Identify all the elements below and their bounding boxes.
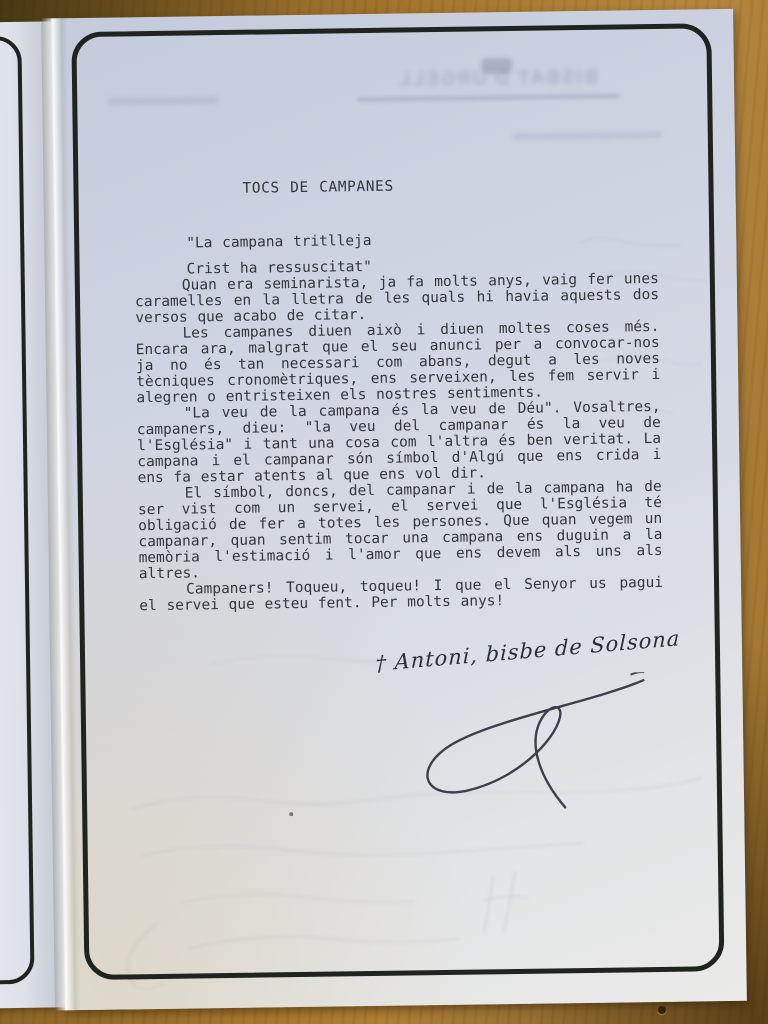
paragraph: "La veu de la campana és la veu de Déu".… — [137, 399, 662, 486]
letter-page: BISBAT D'URGELL — [51, 9, 747, 1010]
table-knot-dot — [658, 1006, 666, 1014]
booklet: BISBAT D'URGELL — [0, 9, 749, 1012]
signature-flourish — [405, 672, 647, 815]
paragraph: Quan era seminarista, ja fa molts anys, … — [135, 271, 660, 326]
photo-of-letter-on-wooden-table: BISBAT D'URGELL — [0, 0, 768, 1024]
quote-line: "La campana tritlleja — [186, 229, 658, 252]
paragraph: Les campanes diuen això i diuen moltes c… — [135, 319, 660, 406]
left-page-border-frame — [0, 36, 35, 986]
paragraph: El símbol, doncs, del campanar i de la c… — [138, 479, 663, 582]
letter-body: TOCS DE CAMPANES "La campana tritlleja C… — [133, 175, 663, 614]
